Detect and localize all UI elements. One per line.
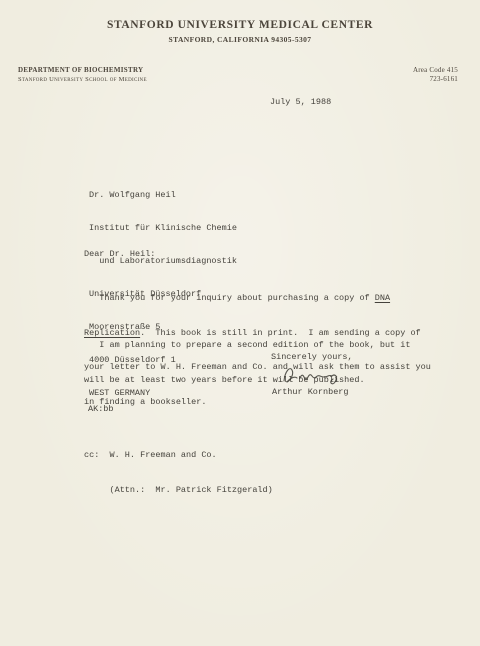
underlined-book-title: DNA xyxy=(375,293,390,303)
recipient-line: Dr. Wolfgang Heil xyxy=(89,190,237,201)
department-block: DEPARTMENT OF BIOCHEMISTRY Stanford Univ… xyxy=(18,66,147,84)
body-paragraph-2: I am planning to prepare a second editio… xyxy=(84,317,410,409)
letterhead-title: STANFORD UNIVERSITY MEDICAL CENTER xyxy=(0,19,480,31)
recipient-line: Institut für Klinische Chemie xyxy=(89,223,237,234)
paragraph-text: Thank you for your inquiry about purchas… xyxy=(84,293,375,303)
cc-block: cc: W. H. Freeman and Co. (Attn.: Mr. Pa… xyxy=(84,427,273,519)
school-name: Stanford University School of Medicine xyxy=(18,75,147,84)
scanned-letter-page: STANFORD UNIVERSITY MEDICAL CENTER STANF… xyxy=(0,0,480,646)
area-code: Area Code 415 xyxy=(413,66,458,75)
salutation: Dear Dr. Heil: xyxy=(84,249,155,261)
paragraph-line: Thank you for your inquiry about purchas… xyxy=(84,293,431,305)
paragraph-line: will be at least two years before it wil… xyxy=(84,375,410,387)
phone-number: 723-6161 xyxy=(413,75,458,84)
cc-line: (Attn.: Mr. Patrick Fitzgerald) xyxy=(84,485,273,497)
phone-block: Area Code 415 723-6161 xyxy=(413,66,458,84)
paragraph-line: I am planning to prepare a second editio… xyxy=(84,340,410,352)
signer-typed-name: Arthur Kornberg xyxy=(272,387,349,399)
letter-date: July 5, 1988 xyxy=(270,97,331,109)
letterhead-address: STANFORD, CALIFORNIA 94305-5307 xyxy=(0,35,480,44)
department-name: DEPARTMENT OF BIOCHEMISTRY xyxy=(18,66,147,75)
reference-initials: AK:bb xyxy=(88,404,114,416)
cc-line: cc: W. H. Freeman and Co. xyxy=(84,450,273,462)
